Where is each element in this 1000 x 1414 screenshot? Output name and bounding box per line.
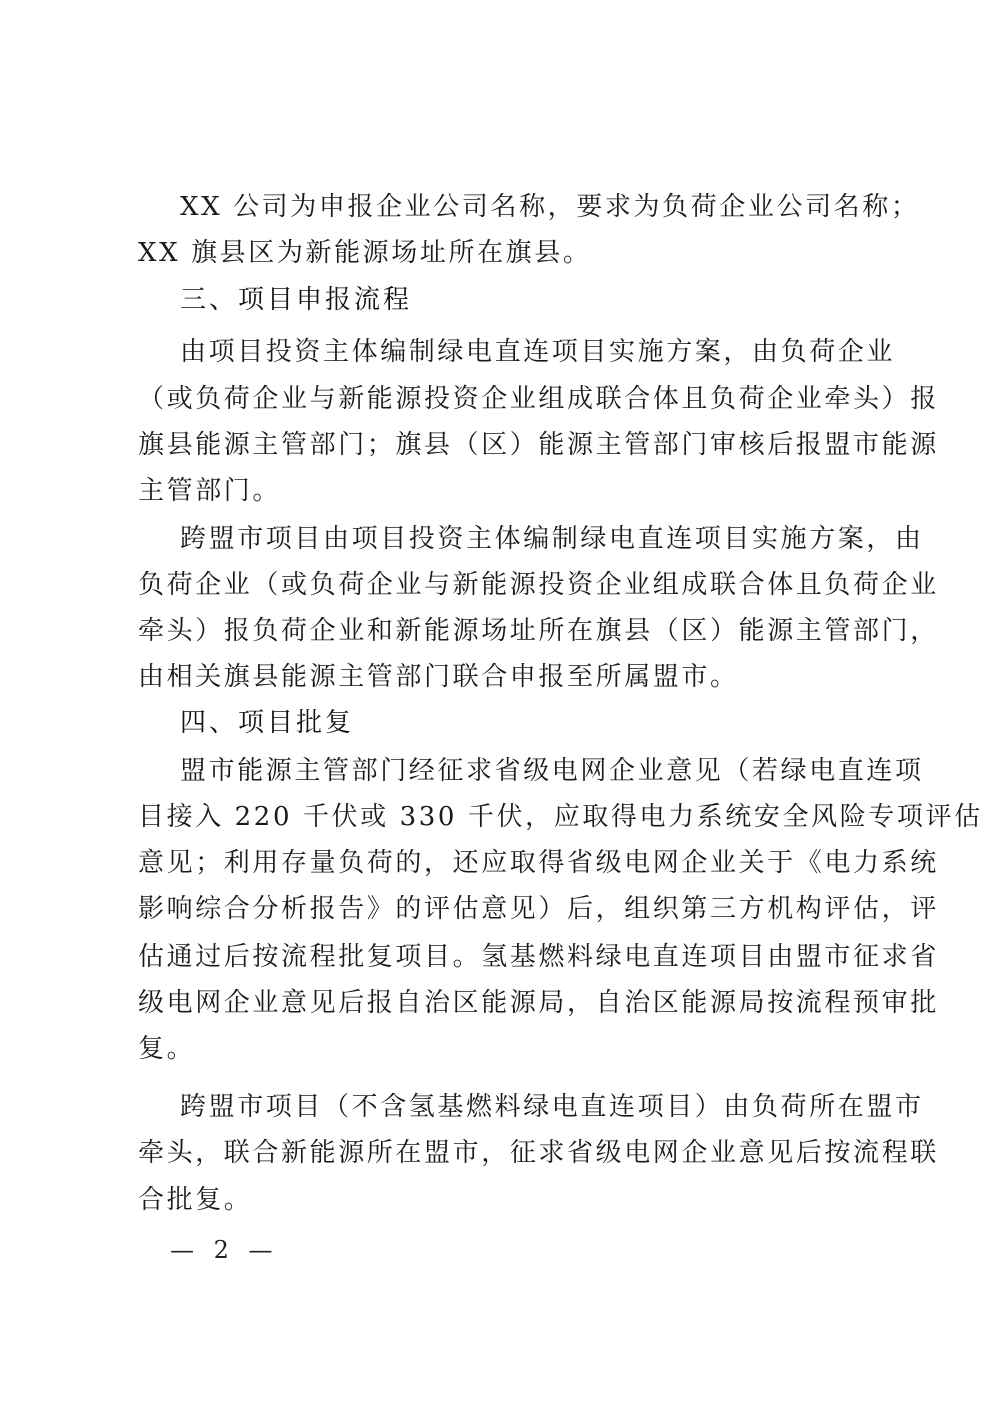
- paragraph-2-line-1: 由项目投资主体编制绿电直连项目实施方案，由负荷企业: [180, 335, 868, 369]
- paragraph-4-line-6: 级电网企业意见后报自治区能源局，自治区能源局按流程预审批: [138, 986, 868, 1020]
- paragraph-1-line-1: XX 公司为申报企业公司名称，要求为负荷企业公司名称；: [180, 190, 868, 224]
- paragraph-5-line-2: 牵头，联合新能源所在盟市，征求省级电网企业意见后按流程联: [138, 1136, 868, 1170]
- paragraph-4-line-7: 复。: [138, 1032, 868, 1066]
- paragraph-3-line-2: 负荷企业（或负荷企业与新能源投资企业组成联合体且负荷企业: [138, 568, 868, 602]
- paragraph-4-line-5: 估通过后按流程批复项目。氢基燃料绿电直连项目由盟市征求省: [138, 940, 868, 974]
- paragraph-2-line-3: 旗县能源主管部门；旗县（区）能源主管部门审核后报盟市能源: [138, 428, 868, 462]
- paragraph-5-line-3: 合批复。: [138, 1183, 868, 1217]
- paragraph-5-line-1: 跨盟市项目（不含氢基燃料绿电直连项目）由负荷所在盟市: [180, 1090, 868, 1124]
- paragraph-2-line-2: （或负荷企业与新能源投资企业组成联合体且负荷企业牵头）报: [138, 382, 868, 416]
- paragraph-4-line-2: 目接入 220 千伏或 330 千伏，应取得电力系统安全风险专项评估: [138, 800, 868, 834]
- paragraph-4-line-4: 影响综合分析报告》的评估意见）后，组织第三方机构评估，评: [138, 892, 868, 926]
- paragraph-3-line-4: 由相关旗县能源主管部门联合申报至所属盟市。: [138, 660, 868, 694]
- page-number: — 2 —: [170, 1235, 279, 1265]
- section-heading-3: 三、项目申报流程: [180, 283, 412, 317]
- document-page: XX 公司为申报企业公司名称，要求为负荷企业公司名称； XX 旗县区为新能源场址…: [0, 0, 1000, 1414]
- section-heading-4: 四、项目批复: [180, 706, 354, 740]
- paragraph-4-line-3: 意见；利用存量负荷的，还应取得省级电网企业关于《电力系统: [138, 846, 868, 880]
- paragraph-3-line-1: 跨盟市项目由项目投资主体编制绿电直连项目实施方案，由: [180, 522, 868, 556]
- paragraph-3-line-3: 牵头）报负荷企业和新能源场址所在旗县（区）能源主管部门，: [138, 614, 868, 648]
- paragraph-4-line-1: 盟市能源主管部门经征求省级电网企业意见（若绿电直连项: [180, 754, 868, 788]
- paragraph-1-line-2: XX 旗县区为新能源场址所在旗县。: [138, 236, 868, 270]
- paragraph-2-line-4: 主管部门。: [138, 474, 868, 508]
